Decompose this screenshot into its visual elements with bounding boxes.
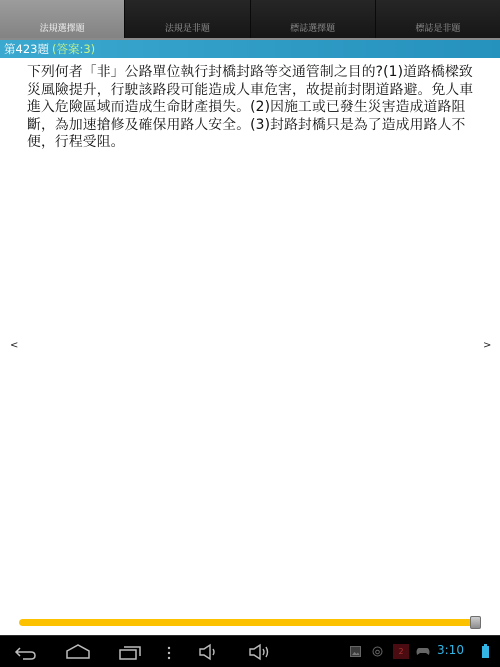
battery-icon bbox=[482, 644, 489, 658]
question-number: 第423題 bbox=[4, 42, 49, 56]
volume-up-icon[interactable] bbox=[248, 643, 272, 661]
question-header: 第423題(答案:3) bbox=[0, 40, 500, 58]
tab-regulation-choice[interactable]: 法規選擇題 bbox=[0, 0, 125, 38]
previous-question-button[interactable]: < bbox=[10, 340, 18, 351]
gamepad-icon bbox=[416, 647, 430, 656]
gallery-icon bbox=[350, 646, 361, 657]
question-text: 下列何者「非」公路單位執行封橋封路等交通管制之目的?(1)道路橋樑致災風險提升，… bbox=[27, 64, 479, 152]
recent-apps-icon[interactable] bbox=[118, 643, 144, 661]
tab-regulation-true-false[interactable]: 法規是非題 bbox=[125, 0, 250, 38]
volume-down-icon[interactable] bbox=[198, 643, 220, 661]
tab-sign-true-false[interactable]: 標誌是非題 bbox=[376, 0, 500, 38]
system-navigation-bar: 2 3:10 bbox=[0, 635, 500, 667]
tab-label: 標誌選擇題 bbox=[290, 21, 335, 34]
tab-label: 法規選擇題 bbox=[40, 21, 85, 34]
tab-sign-choice[interactable]: 標誌選擇題 bbox=[251, 0, 376, 38]
system-bar-divider bbox=[0, 635, 500, 636]
progress-slider-thumb[interactable] bbox=[470, 616, 481, 629]
sync-icon bbox=[372, 646, 383, 657]
tab-label: 標誌是非題 bbox=[415, 21, 460, 34]
next-question-button[interactable]: > bbox=[483, 340, 491, 351]
tab-label: 法規是非題 bbox=[165, 21, 210, 34]
home-icon[interactable] bbox=[65, 643, 91, 661]
back-icon[interactable] bbox=[14, 643, 38, 661]
answer-label: (答案:3) bbox=[52, 42, 95, 56]
app-notification-icon: 2 bbox=[393, 644, 409, 659]
tab-bar: 法規選擇題 法規是非題 標誌選擇題 標誌是非題 bbox=[0, 0, 500, 40]
menu-icon[interactable] bbox=[166, 643, 172, 661]
clock: 3:10 bbox=[437, 643, 464, 657]
progress-slider-track[interactable] bbox=[19, 619, 481, 626]
